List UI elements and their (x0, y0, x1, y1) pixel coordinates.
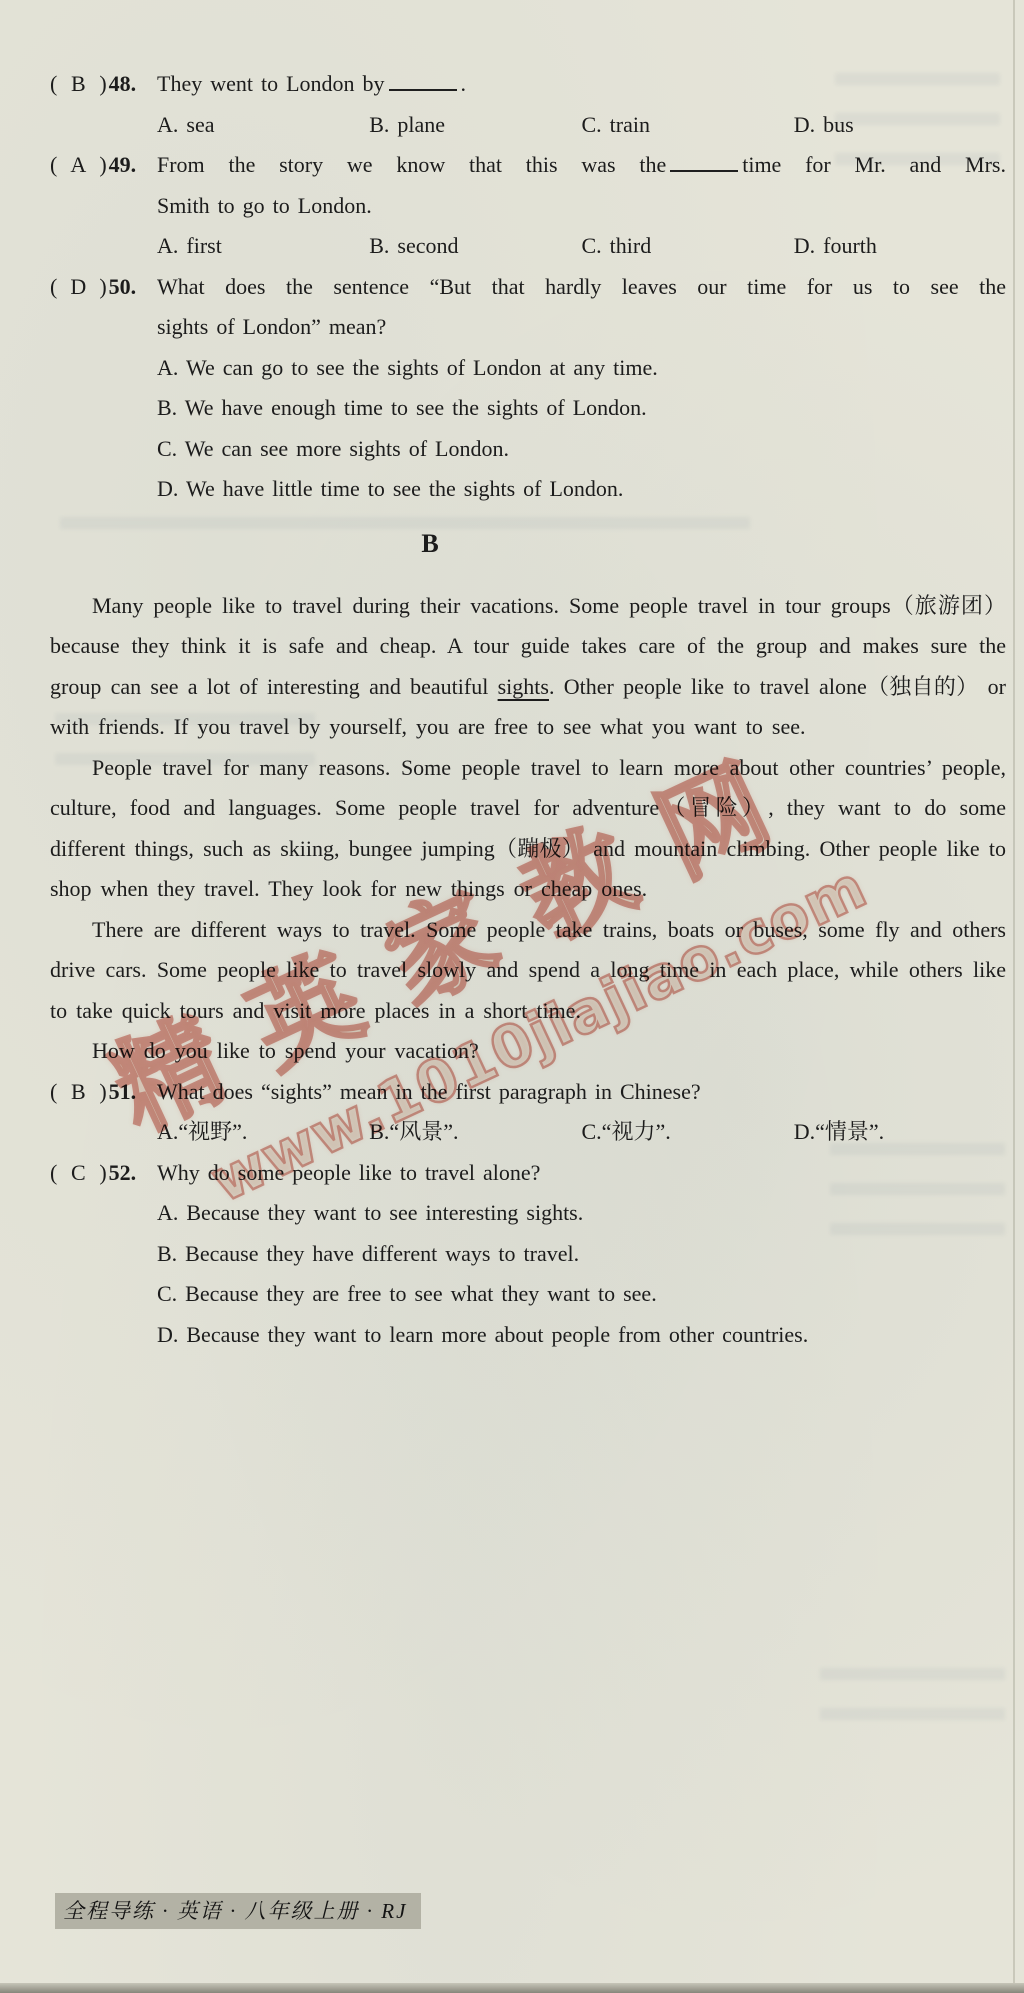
page-bottom-edge (0, 1983, 1024, 1993)
question-49-stem-line2: Smith to go to London. (157, 186, 1006, 227)
option-a: A. Because they want to see interesting … (157, 1193, 1006, 1234)
option-c: C. third (582, 226, 794, 267)
paren-open: ( (50, 1072, 57, 1113)
question-49: (A)49. From the story we know that this … (50, 145, 1006, 267)
question-number: 52. (109, 1153, 137, 1194)
option-d: D. Because they want to learn more about… (157, 1315, 1006, 1356)
question-50-stem-line2: sights of London” mean? (157, 307, 1006, 348)
answer-blank (670, 156, 738, 172)
option-a: A. sea (157, 105, 369, 146)
stem-text: They went to London by (157, 71, 385, 96)
paren-close: ) (99, 1153, 106, 1194)
answer-letter: B (57, 1072, 99, 1113)
paren-close: ) (99, 267, 106, 308)
question-49-stem-line1: From the story we know that this was the… (157, 145, 1006, 186)
question-51-answer-marker: (B)51. (50, 1072, 157, 1113)
stem-text: From the story we know that this was the (157, 152, 666, 177)
option-b: B. second (369, 226, 581, 267)
book-footer-imprint: 全程导练 · 英语 · 八年级上册 · RJ (55, 1893, 421, 1929)
option-b: B.“风景”. (369, 1112, 581, 1153)
answer-letter: A (57, 145, 99, 186)
question-48-options: A. sea B. plane C. train D. bus (157, 105, 1006, 146)
question-48-stem: They went to London by. (157, 64, 1006, 105)
question-number: 50. (109, 267, 137, 308)
paren-close: ) (99, 64, 106, 105)
option-a: A. We can go to see the sights of London… (157, 348, 1006, 389)
question-49-options: A. first B. second C. third D. fourth (157, 226, 1006, 267)
option-d: D. fourth (794, 226, 1006, 267)
question-52-stem: Why do some people like to travel alone? (157, 1153, 1006, 1194)
paren-close: ) (99, 145, 106, 186)
answer-letter: B (57, 64, 99, 105)
option-b: B. plane (369, 105, 581, 146)
option-b: B. Because they have different ways to t… (157, 1234, 1006, 1275)
answer-letter: D (57, 267, 99, 308)
option-c: C. train (582, 105, 794, 146)
question-48-answer-marker: (B)48. (50, 64, 157, 105)
question-48-body: They went to London by. A. sea B. plane … (157, 64, 1006, 145)
question-number: 51. (109, 1072, 137, 1113)
option-c: C. Because they are free to see what the… (157, 1274, 1006, 1315)
question-50-answer-marker: (D)50. (50, 267, 157, 308)
question-51: (B)51. What does “sights” mean in the fi… (50, 1072, 1006, 1153)
question-52: (C)52. Why do some people like to travel… (50, 1153, 1006, 1356)
stem-text: time for Mr. and Mrs. (742, 152, 1006, 177)
passage-paragraph-3: There are different ways to travel. Some… (50, 910, 1006, 1032)
question-49-body: From the story we know that this was the… (157, 145, 1006, 267)
option-d: D. bus (794, 105, 1006, 146)
paren-close: ) (99, 1072, 106, 1113)
option-c: C. We can see more sights of London. (157, 429, 1006, 470)
option-a: A.“视野”. (157, 1112, 369, 1153)
option-a: A. first (157, 226, 369, 267)
passage-paragraph-1: Many people like to travel during their … (50, 586, 1006, 748)
option-d: D. We have little time to see the sights… (157, 469, 1006, 510)
bleed-through-texture (820, 1655, 1005, 1720)
question-51-options: A.“视野”. B.“风景”. C.“视力”. D.“情景”. (157, 1112, 1006, 1153)
question-number: 48. (109, 64, 137, 105)
option-d: D.“情景”. (794, 1112, 1006, 1153)
scanned-test-page: (B)48. They went to London by. A. sea B.… (0, 0, 1024, 1993)
paren-open: ( (50, 145, 57, 186)
option-c: C.“视力”. (582, 1112, 794, 1153)
question-48: (B)48. They went to London by. A. sea B.… (50, 64, 1006, 145)
page-content: (B)48. They went to London by. A. sea B.… (0, 0, 1024, 1355)
question-49-answer-marker: (A)49. (50, 145, 157, 186)
passage-paragraph-4: How do you like to spend your vacation? (50, 1031, 1006, 1072)
question-52-body: Why do some people like to travel alone?… (157, 1153, 1006, 1356)
question-50-stem-line1: What does the sentence “But that hardly … (157, 267, 1006, 308)
paren-open: ( (50, 64, 57, 105)
question-50-body: What does the sentence “But that hardly … (157, 267, 1006, 510)
section-b-heading: B (50, 524, 810, 564)
option-b: B. We have enough time to see the sights… (157, 388, 1006, 429)
question-51-body: What does “sights” mean in the first par… (157, 1072, 1006, 1153)
passage-paragraph-2: People travel for many reasons. Some peo… (50, 748, 1006, 910)
reading-passage: Many people like to travel during their … (50, 586, 1006, 1072)
answer-blank (389, 75, 457, 91)
question-52-answer-marker: (C)52. (50, 1153, 157, 1194)
question-51-stem: What does “sights” mean in the first par… (157, 1072, 1006, 1113)
underlined-word-sights: sights (498, 674, 549, 699)
answer-letter: C (57, 1153, 99, 1194)
stem-text: . (461, 71, 467, 96)
question-number: 49. (109, 145, 137, 186)
question-50: (D)50. What does the sentence “But that … (50, 267, 1006, 510)
paren-open: ( (50, 267, 57, 308)
paren-open: ( (50, 1153, 57, 1194)
